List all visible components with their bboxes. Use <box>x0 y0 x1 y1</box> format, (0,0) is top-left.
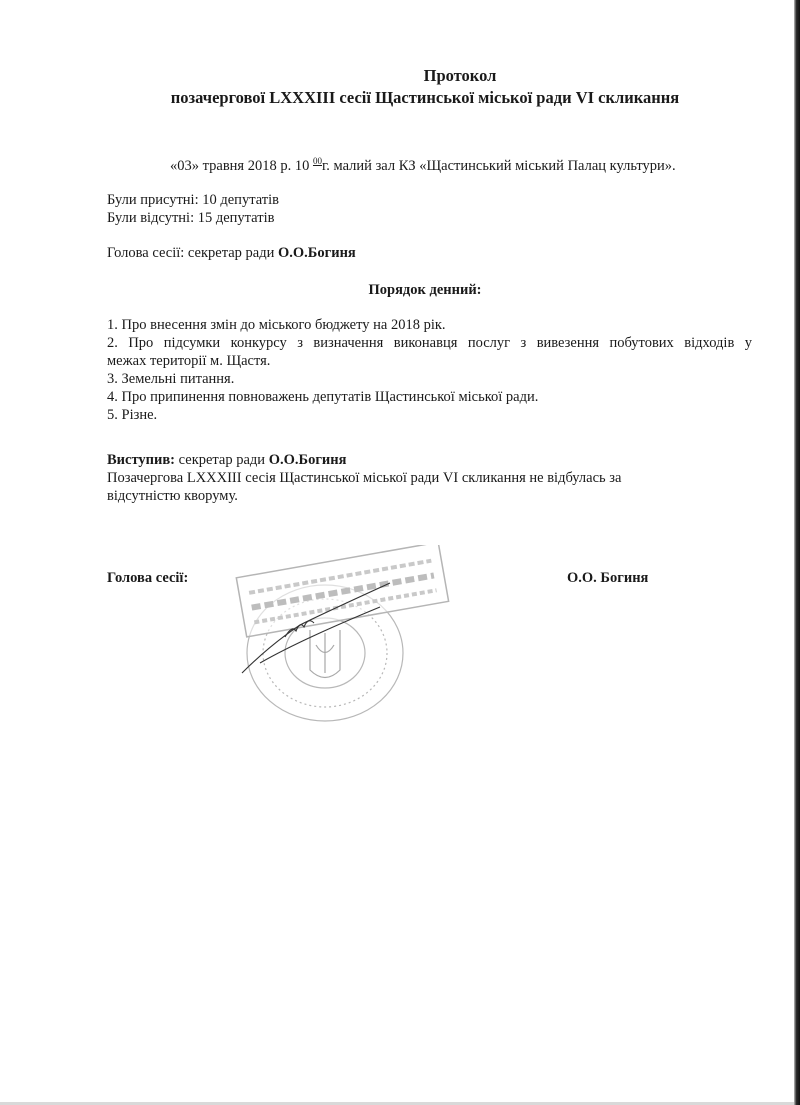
venue-text: г. малий зал КЗ «Щастинський міський Пал… <box>322 158 676 174</box>
time-minutes: 00 <box>313 156 322 166</box>
scan-edge <box>794 0 800 1105</box>
document-page: Протокол позачергової LXXXIII сесії Щаст… <box>0 0 800 1105</box>
date-text: «03» травня 2018 р. 10 <box>170 158 309 174</box>
attendance-present: Були присутні: 10 депутатів <box>107 192 279 209</box>
session-chair: Голова сесії: секретар ради О.О.Богиня <box>107 245 356 262</box>
speech-header: Виступив: секретар ради О.О.Богиня <box>107 452 347 469</box>
chair-name: О.О.Богиня <box>278 245 356 261</box>
speech-label: Виступив: <box>107 452 175 468</box>
document-title: Протокол <box>60 66 800 86</box>
agenda-item: 4. Про припинення повноважень депутатів … <box>107 389 538 406</box>
speaker-role: секретар ради <box>175 452 269 468</box>
official-stamp-and-signature <box>230 545 460 725</box>
document-subtitle: позачергової LXXXIII сесії Щастинської м… <box>25 88 800 108</box>
agenda-heading: Порядок денний: <box>25 282 800 299</box>
signature-name: О.О. Богиня <box>567 570 648 587</box>
attendance-absent: Були відсутні: 15 депутатів <box>107 210 274 227</box>
agenda-item: 2. Про підсумки конкурсу з визначення ви… <box>107 335 752 352</box>
speech-text-line1: Позачергова LXXXIII сесія Щастинської мі… <box>107 470 621 487</box>
speaker-name: О.О.Богиня <box>269 452 347 468</box>
agenda-item: 5. Різне. <box>107 407 157 424</box>
chair-label: Голова сесії: секретар ради <box>107 245 278 261</box>
speech-text-line2: відсутністю кворуму. <box>107 488 238 505</box>
agenda-item: 3. Земельні питання. <box>107 371 234 388</box>
date-line: «03» травня 2018 р. 10 00г. малий зал КЗ… <box>170 156 676 175</box>
agenda-item: 1. Про внесення змін до міського бюджету… <box>107 317 446 334</box>
agenda-item-continued: межах території м. Щастя. <box>107 353 270 370</box>
signature-label: Голова сесії: <box>107 570 188 587</box>
